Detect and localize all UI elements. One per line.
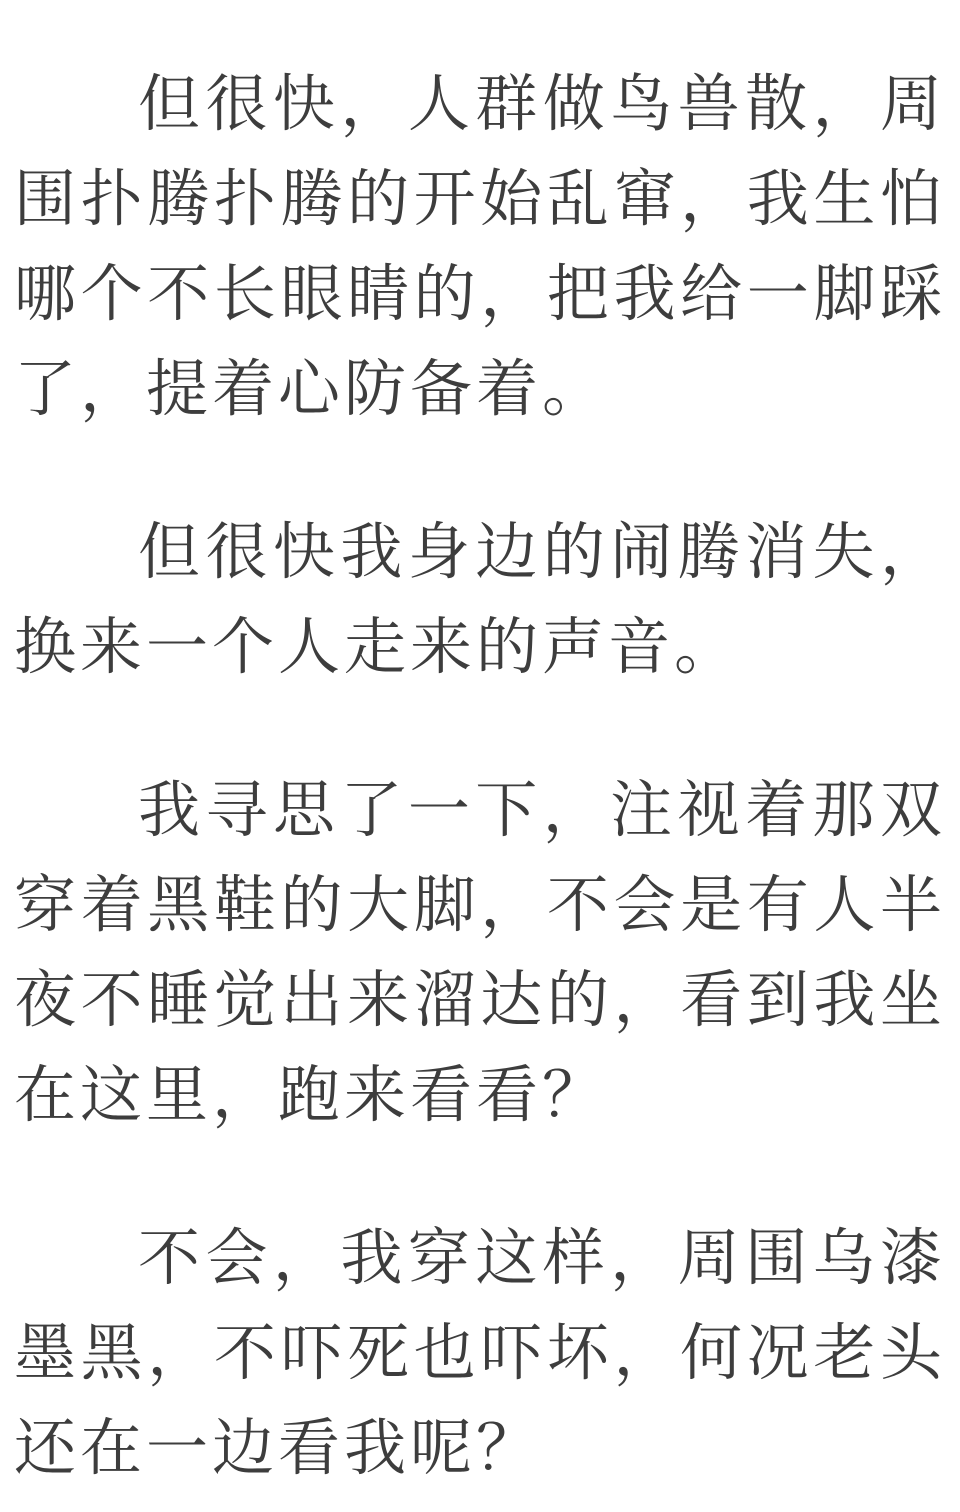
paragraph: 我寻思了一下，注视着那双穿着黑鞋的大脚，不会是有人半夜不睡觉出来溜达的，看到我坐… (14, 764, 946, 1144)
paragraph: 但很快我身边的闹腾消失，换来一个人走来的声音。 (14, 506, 946, 696)
reader-page[interactable]: 但很快，人群做鸟兽散，周围扑腾扑腾的开始乱窜，我生怕哪个不长眼睛的，把我给一脚踩… (0, 0, 960, 1512)
paragraph: 不会，我穿这样，周围乌漆墨黑，不吓死也吓坏，何况老头还在一边看我呢？ (14, 1212, 946, 1497)
paragraph: 但很快，人群做鸟兽散，周围扑腾扑腾的开始乱窜，我生怕哪个不长眼睛的，把我给一脚踩… (14, 58, 946, 438)
